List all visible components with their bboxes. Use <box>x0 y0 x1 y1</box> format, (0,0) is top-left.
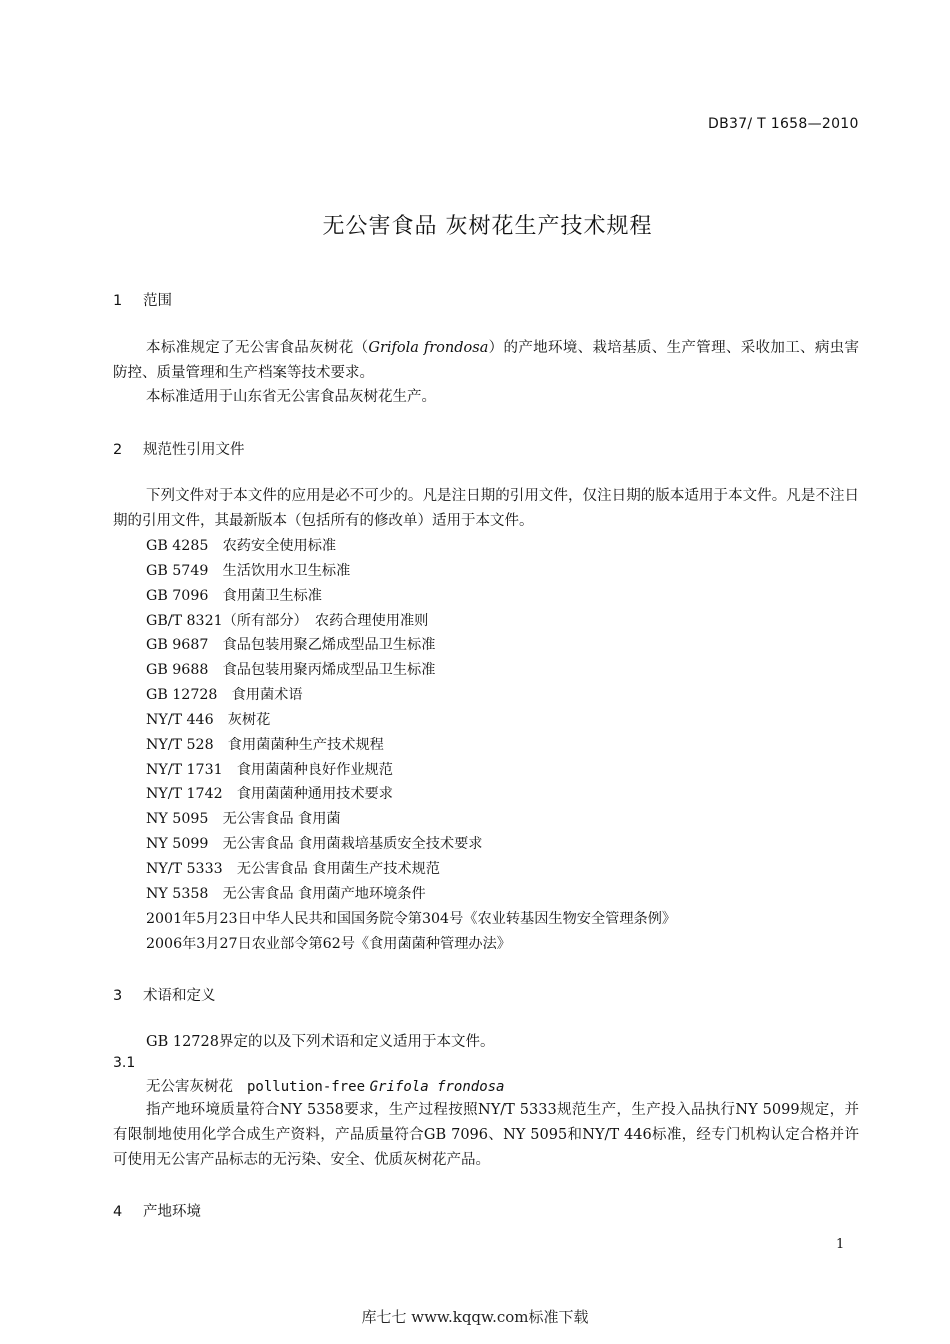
section-title: 术语和定义 <box>143 988 216 1004</box>
section-title: 规范性引用文件 <box>143 442 245 458</box>
reference-item: NY 5095 无公害食品 食用菌 <box>146 807 676 832</box>
section-number: 3 <box>113 988 143 1004</box>
section-1-heading: 1范围 <box>113 289 172 310</box>
reference-item: NY 5099 无公害食品 食用菌栽培基质安全技术要求 <box>146 832 676 857</box>
latin-name: Grifola frondosa <box>368 340 488 356</box>
reference-item: NY/T 1742 食用菌菌种通用技术要求 <box>146 782 676 807</box>
reference-item: GB 9688 食品包装用聚丙烯成型品卫生标准 <box>146 658 676 683</box>
document-title: 无公害食品 灰树花生产技术规程 <box>0 209 950 240</box>
section-number: 4 <box>113 1204 143 1220</box>
reference-item: NY/T 1731 食用菌菌种良好作业规范 <box>146 758 676 783</box>
section-number: 1 <box>113 293 143 309</box>
reference-list: GB 4285 农药安全使用标准 GB 5749 生活饮用水卫生标准 GB 70… <box>146 534 676 956</box>
terms-intro: GB 12728界定的以及下列术语和定义适用于本文件。 <box>146 1030 494 1055</box>
term-zh: 无公害灰树花 <box>146 1079 233 1095</box>
term-definition: 指产地环境质量符合NY 5358要求，生产过程按照NY/T 5333规范生产，生… <box>113 1098 859 1172</box>
reference-item: GB 7096 食用菌卫生标准 <box>146 584 676 609</box>
section-number: 2 <box>113 442 143 458</box>
footer-watermark: 库七七 www.kqqw.com标准下载 <box>0 1306 950 1327</box>
section-2-heading: 2规范性引用文件 <box>113 438 245 459</box>
reference-item: 2001年5月23日中华人民共和国国务院令第304号《农业转基因生物安全管理条例… <box>146 907 676 932</box>
scope-paragraph-2: 本标准适用于山东省无公害食品灰树花生产。 <box>146 385 436 410</box>
section-title: 产地环境 <box>143 1204 201 1220</box>
term-en-prefix: pollution-free <box>247 1079 365 1095</box>
reference-item: NY/T 446 灰树花 <box>146 708 676 733</box>
text: 本标准规定了无公害食品灰树花（ <box>146 340 368 356</box>
term-number: 3.1 <box>113 1055 135 1071</box>
reference-item: NY/T 528 食用菌菌种生产技术规程 <box>146 733 676 758</box>
reference-item: GB 5749 生活饮用水卫生标准 <box>146 559 676 584</box>
reference-item: GB/T 8321（所有部分） 农药合理使用准则 <box>146 609 676 634</box>
references-intro: 下列文件对于本文件的应用是必不可少的。凡是注日期的引用文件，仅注日期的版本适用于… <box>113 484 859 534</box>
section-4-heading: 4产地环境 <box>113 1200 201 1221</box>
scope-paragraph-1: 本标准规定了无公害食品灰树花（Grifola frondosa）的产地环境、栽培… <box>113 336 859 386</box>
reference-item: GB 4285 农药安全使用标准 <box>146 534 676 559</box>
section-title: 范围 <box>143 293 172 309</box>
term-heading: 无公害灰树花pollution-free Grifola frondosa <box>146 1075 504 1096</box>
section-3-heading: 3术语和定义 <box>113 984 216 1005</box>
reference-item: NY 5358 无公害食品 食用菌产地环境条件 <box>146 882 676 907</box>
page-number: 1 <box>836 1237 844 1252</box>
reference-item: GB 9687 食品包装用聚乙烯成型品卫生标准 <box>146 633 676 658</box>
reference-item: NY/T 5333 无公害食品 食用菌生产技术规范 <box>146 857 676 882</box>
reference-item: 2006年3月27日农业部令第62号《食用菌菌种管理办法》 <box>146 932 676 957</box>
term-en-latin: Grifola frondosa <box>370 1079 505 1095</box>
standard-code: DB37/ T 1658—2010 <box>708 116 859 132</box>
reference-item: GB 12728 食用菌术语 <box>146 683 676 708</box>
